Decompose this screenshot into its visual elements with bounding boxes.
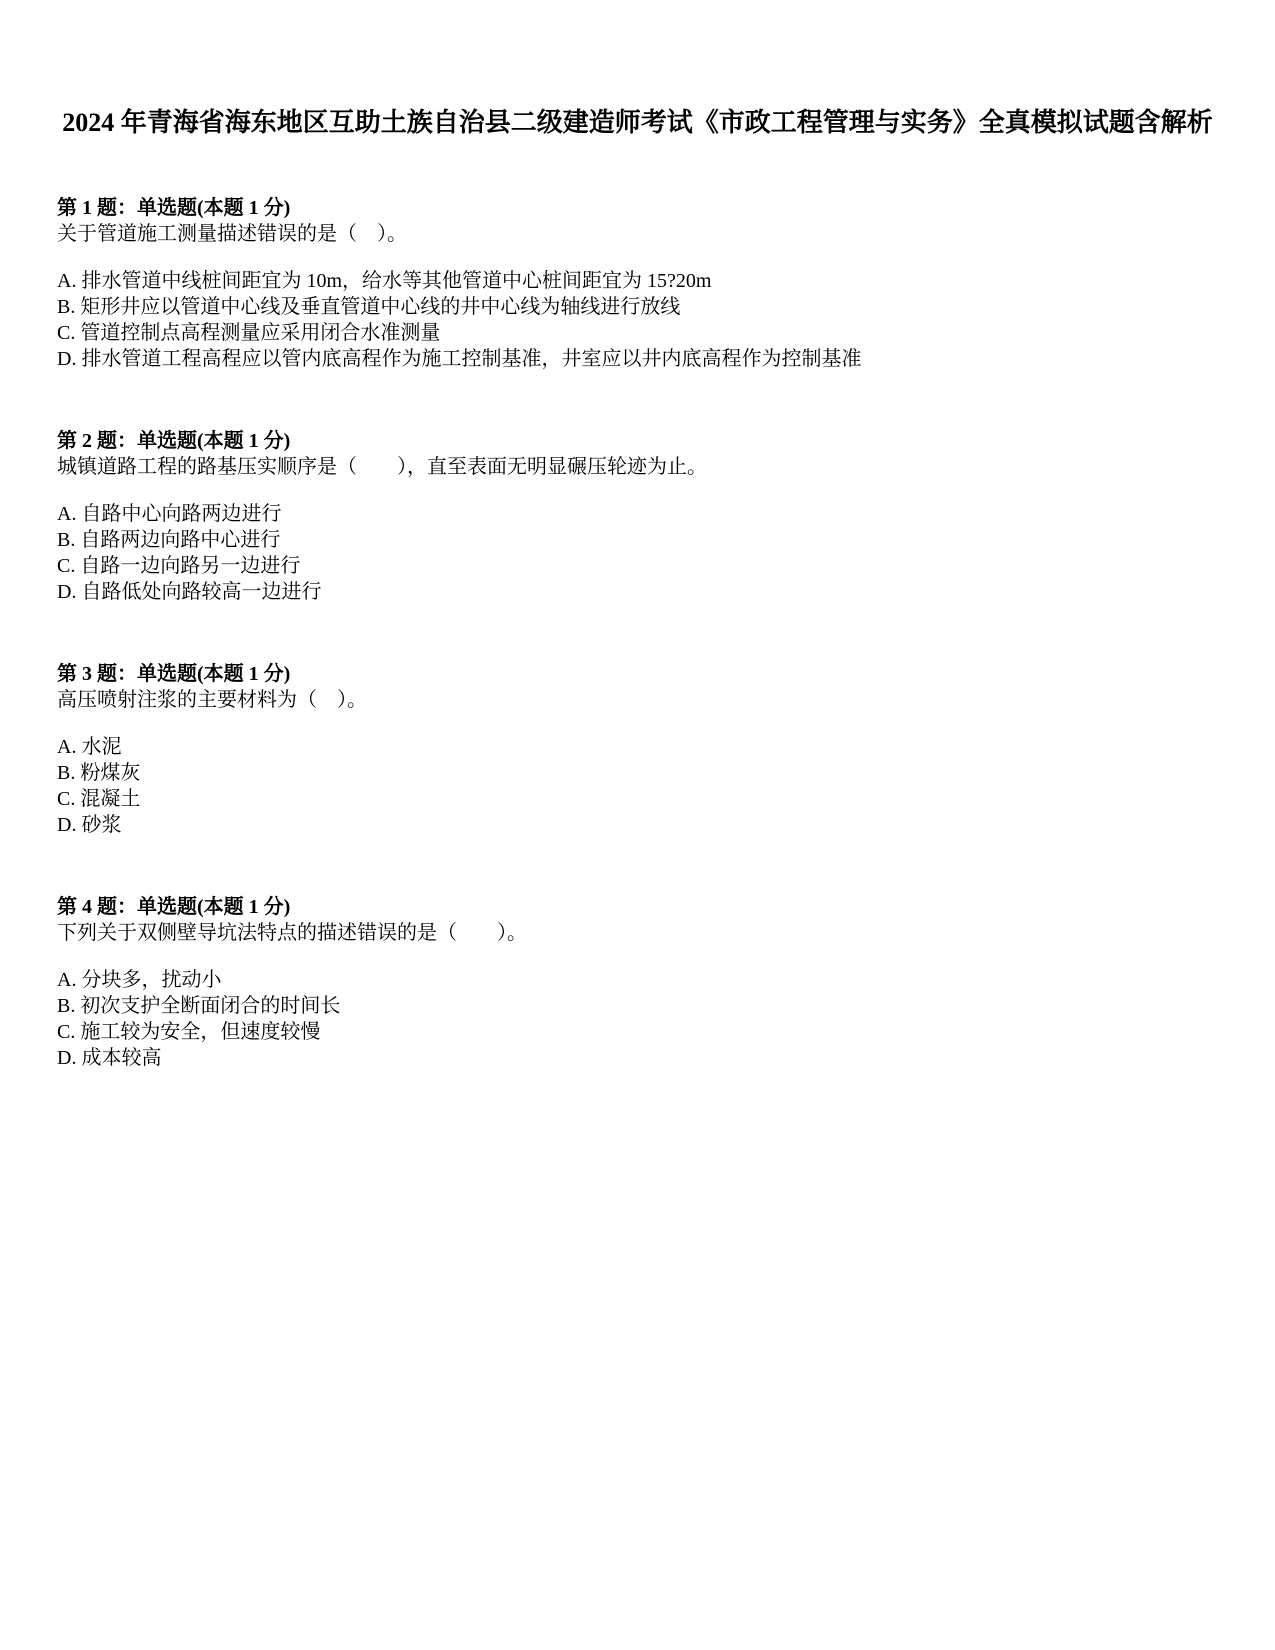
- question-option-a: A. 自路中心向路两边进行: [57, 501, 1218, 527]
- question-option-b: B. 初次支护全断面闭合的时间长: [57, 993, 1218, 1019]
- question-header: 第 2 题：单选题(本题 1 分): [57, 428, 1218, 454]
- question-option-d: D. 排水管道工程高程应以管内底高程作为施工控制基准，井室应以井内底高程作为控制…: [57, 346, 1218, 372]
- question-option-a: A. 分块多，扰动小: [57, 967, 1218, 993]
- question-block-3: 第 3 题：单选题(本题 1 分) 高压喷射注浆的主要材料为（ ）。 A. 水泥…: [57, 661, 1218, 838]
- question-option-b: B. 自路两边向路中心进行: [57, 527, 1218, 553]
- question-stem: 高压喷射注浆的主要材料为（ ）。: [57, 687, 1218, 713]
- question-header: 第 1 题：单选题(本题 1 分): [57, 195, 1218, 221]
- question-stem: 下列关于双侧壁导坑法特点的描述错误的是（ ）。: [57, 920, 1218, 946]
- document-title: 2024 年青海省海东地区互助土族自治县二级建造师考试《市政工程管理与实务》全真…: [57, 98, 1218, 148]
- question-option-c: C. 施工较为安全，但速度较慢: [57, 1019, 1218, 1045]
- question-block-4: 第 4 题：单选题(本题 1 分) 下列关于双侧壁导坑法特点的描述错误的是（ ）…: [57, 894, 1218, 1071]
- question-option-b: B. 粉煤灰: [57, 760, 1218, 786]
- question-option-d: D. 自路低处向路较高一边进行: [57, 579, 1218, 605]
- question-option-b: B. 矩形井应以管道中心线及垂直管道中心线的井中心线为轴线进行放线: [57, 294, 1218, 320]
- document-page: 2024 年青海省海东地区互助土族自治县二级建造师考试《市政工程管理与实务》全真…: [0, 0, 1275, 1650]
- question-block-2: 第 2 题：单选题(本题 1 分) 城镇道路工程的路基压实顺序是（ ），直至表面…: [57, 428, 1218, 605]
- question-option-c: C. 自路一边向路另一边进行: [57, 553, 1218, 579]
- question-option-d: D. 砂浆: [57, 812, 1218, 838]
- question-option-d: D. 成本较高: [57, 1045, 1218, 1071]
- question-option-a: A. 排水管道中线桩间距宜为 10m，给水等其他管道中心桩间距宜为 15?20m: [57, 268, 1218, 294]
- question-header: 第 4 题：单选题(本题 1 分): [57, 894, 1218, 920]
- question-header: 第 3 题：单选题(本题 1 分): [57, 661, 1218, 687]
- question-option-c: C. 管道控制点高程测量应采用闭合水准测量: [57, 320, 1218, 346]
- question-option-c: C. 混凝土: [57, 786, 1218, 812]
- question-stem: 关于管道施工测量描述错误的是（ ）。: [57, 221, 1218, 247]
- question-option-a: A. 水泥: [57, 734, 1218, 760]
- question-block-1: 第 1 题：单选题(本题 1 分) 关于管道施工测量描述错误的是（ ）。 A. …: [57, 195, 1218, 372]
- question-stem: 城镇道路工程的路基压实顺序是（ ），直至表面无明显碾压轮迹为止。: [57, 454, 1218, 480]
